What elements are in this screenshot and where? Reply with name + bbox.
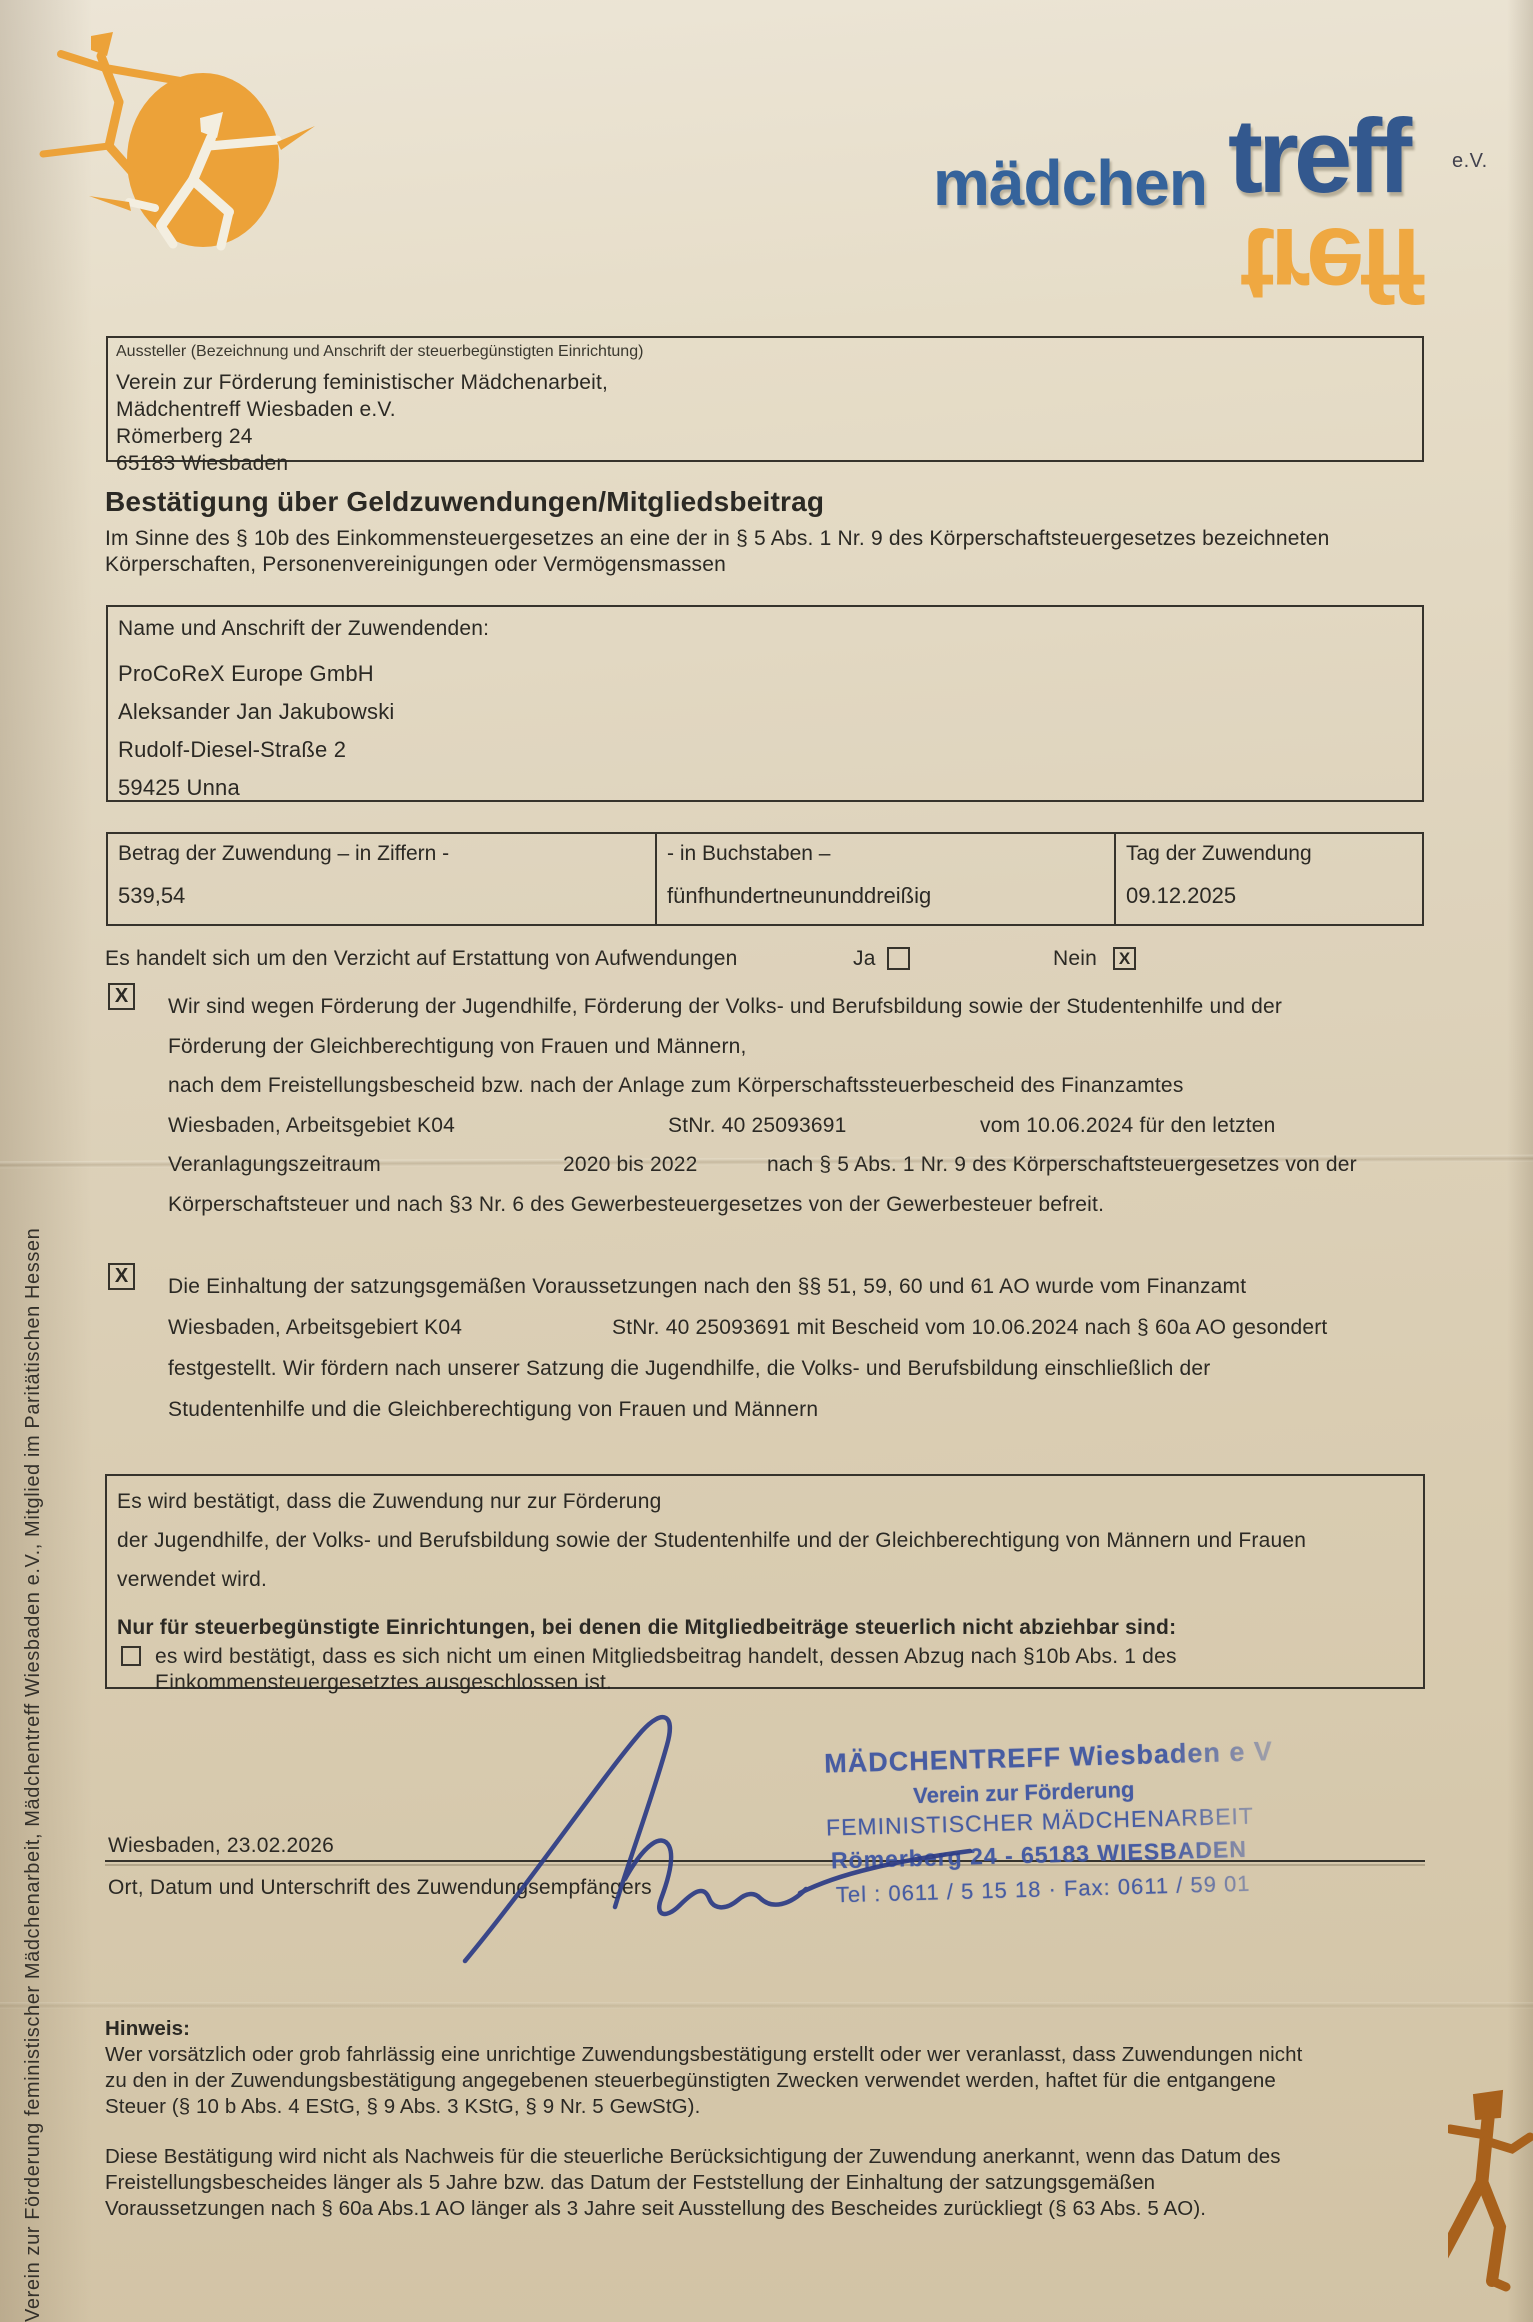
waiver-no-checkbox: X (1113, 947, 1136, 970)
notice-label: Hinweis: (105, 2016, 190, 2042)
notice-p1-line: zu den in der Zuwendungsbestätigung ange… (105, 2068, 1302, 2094)
cert1-tax-number: StNr. 40 25093691 (668, 1106, 847, 1146)
document-title: Bestätigung über Geldzuwendungen/Mitglie… (105, 486, 824, 518)
issuer-box: Aussteller (Bezeichnung und Anschrift de… (106, 336, 1424, 462)
donor-line: 59425 Unna (118, 769, 1422, 807)
donor-box: Name und Anschrift der Zuwendenden: ProC… (106, 605, 1424, 802)
membership-checkbox (121, 1646, 141, 1666)
horizontal-crease (0, 2002, 1533, 2009)
cert2-line: festgestellt. Wir fördern nach unserer S… (168, 1348, 1438, 1389)
document-subtitle-line: Im Sinne des § 10b des Einkommensteuerge… (105, 526, 1329, 552)
donor-line: ProCoReX Europe GmbH (118, 655, 1422, 693)
sidebar-sender-text: Verein zur Förderung feministischer Mädc… (22, 1042, 45, 2322)
cert1-line: Wiesbaden, Arbeitsgebiet K04 StNr. 40 25… (168, 1106, 1438, 1146)
donor-line: Rudolf-Diesel-Straße 2 (118, 731, 1422, 769)
maedchentreff-logo-figures-icon (25, 30, 325, 275)
waiver-yes-label: Ja (853, 947, 876, 971)
notice-p2-line: Diese Bestätigung wird nicht als Nachwei… (105, 2144, 1281, 2170)
signature-place-date: Wiesbaden, 23.02.2026 (108, 1834, 334, 1858)
amount-table-col-words: - in Buchstaben – fünfhundertneununddrei… (657, 834, 1116, 924)
brand-word-maedchen: mädchen (933, 146, 1207, 220)
cert1-line: Körperschaftsteuer und nach §3 Nr. 6 des… (168, 1185, 1438, 1225)
handwritten-signature (370, 1683, 1000, 1978)
scanned-donation-receipt: mädchen treff treff e.V. Aussteller (Bez… (0, 0, 1533, 2322)
cert1-line: nach dem Freistellungsbescheid bzw. nach… (168, 1066, 1438, 1106)
notice-p2-line: Freistellungsbescheides länger als 5 Jah… (105, 2170, 1281, 2196)
waiver-yes-checkbox (887, 947, 910, 970)
confirmation-box: Es wird bestätigt, dass die Zuwendung nu… (105, 1474, 1425, 1689)
waiver-row: Es handelt sich um den Verzicht auf Erst… (105, 947, 1435, 977)
amount-header-digits: Betrag der Zuwendung – in Ziffern - (108, 834, 655, 866)
cert1-date-note: vom 10.06.2024 für den letzten (980, 1106, 1276, 1146)
issuer-line: Römerberg 24 (116, 423, 1422, 450)
issuer-line: 65183 Wiesbaden (116, 450, 1422, 477)
brand-suffix-ev: e.V. (1452, 150, 1488, 173)
amount-table: Betrag der Zuwendung – in Ziffern - 539,… (106, 832, 1424, 926)
document-subtitle-line: Körperschaften, Personenvereinigungen od… (105, 552, 1329, 578)
cert1-checkbox: X (108, 983, 135, 1010)
confirmation-line: der Jugendhilfe, der Volks- und Berufsbi… (117, 1521, 1423, 1560)
cert2-line: Studentenhilfe und die Gleichberechtigun… (168, 1389, 1438, 1430)
notice-p2-line: Voraussetzungen nach § 60a Abs.1 AO läng… (105, 2196, 1281, 2222)
amount-header-date: Tag der Zuwendung (1116, 834, 1422, 866)
cert2-checkbox: X (108, 1263, 135, 1290)
cert1-office: Wiesbaden, Arbeitsgebiet K04 (168, 1106, 455, 1146)
confirmation-line: verwendet wird. (117, 1560, 1423, 1599)
amount-value-date: 09.12.2025 (1116, 866, 1422, 909)
cert2-line: Die Einhaltung der satzungsgemäßen Vorau… (168, 1266, 1438, 1307)
waiver-no-label: Nein (1053, 947, 1097, 971)
donor-label: Name und Anschrift der Zuwendenden: (108, 607, 1422, 641)
cert1-line: Wir sind wegen Förderung der Jugendhilfe… (168, 987, 1438, 1027)
membership-item-line: es wird bestätigt, dass es sich nicht um… (155, 1644, 1423, 1670)
issuer-label: Aussteller (Bezeichnung und Anschrift de… (108, 338, 1422, 361)
membership-note: Nur für steuerbegünstigte Einrichtungen,… (107, 1599, 1423, 1640)
issuer-line: Mädchentreff Wiesbaden e.V. (116, 396, 1422, 423)
amount-table-col-date: Tag der Zuwendung 09.12.2025 (1116, 834, 1422, 924)
amount-header-words: - in Buchstaben – (657, 834, 1114, 866)
confirmation-line: Es wird bestätigt, dass die Zuwendung nu… (117, 1482, 1423, 1521)
issuer-line: Verein zur Förderung feministischer Mädc… (116, 369, 1422, 396)
notice-p1-line: Wer vorsätzlich oder grob fahrlässig ein… (105, 2042, 1302, 2068)
cert2-tax-number: StNr. 40 25093691 mit Bescheid vom 10.06… (612, 1307, 1327, 1348)
amount-value-words: fünfhundertneununddreißig (657, 866, 1114, 909)
cert1-line: Veranlagungszeitraum 2020 bis 2022 nach … (168, 1145, 1438, 1185)
brand-word-treff: treff (1228, 104, 1407, 209)
cert2-paragraph: Die Einhaltung der satzungsgemäßen Vorau… (168, 1266, 1438, 1430)
notice-p1-line: Steuer (§ 10 b Abs. 4 EStG, § 9 Abs. 3 K… (105, 2094, 1302, 2120)
cert1-paragraph: Wir sind wegen Förderung der Jugendhilfe… (168, 987, 1438, 1224)
running-figure-icon (1448, 2085, 1533, 2320)
cert1-line: Förderung der Gleichberechtigung von Fra… (168, 1027, 1438, 1067)
donor-line: Aleksander Jan Jakubowski (118, 693, 1422, 731)
brand-word-treff-mirrored: treff (1240, 212, 1419, 317)
cert1-assessment-period: 2020 bis 2022 (563, 1145, 698, 1185)
amount-table-col-digits: Betrag der Zuwendung – in Ziffern - 539,… (108, 834, 657, 924)
cert2-office: Wiesbaden, Arbeitsgebiert K04 (168, 1307, 462, 1348)
amount-value-digits: 539,54 (108, 866, 655, 909)
cert2-line: Wiesbaden, Arbeitsgebiert K04 StNr. 40 2… (168, 1307, 1438, 1348)
cert1-law-reference: nach § 5 Abs. 1 Nr. 9 des Körperschaftst… (767, 1145, 1357, 1185)
waiver-text: Es handelt sich um den Verzicht auf Erst… (105, 947, 738, 970)
cert1-assessment-label: Veranlagungszeitraum (168, 1145, 381, 1185)
